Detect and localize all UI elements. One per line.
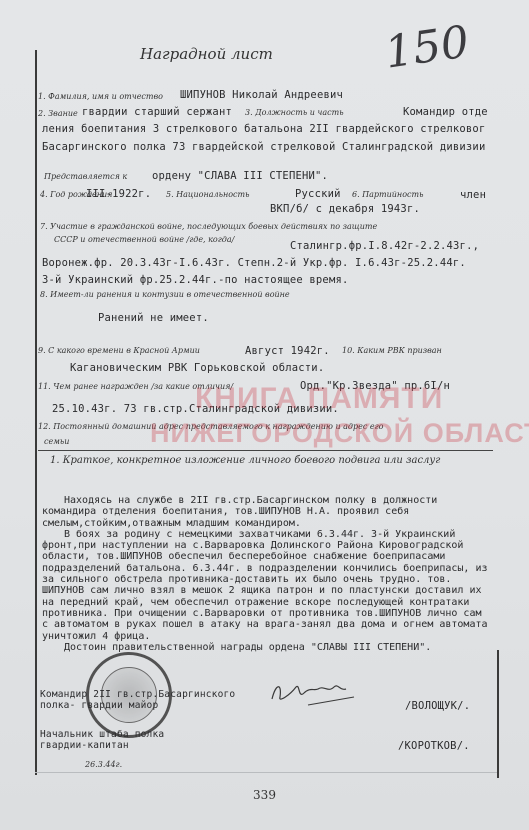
narrative-paragraph-3: Достоин правительственной награды ордена… — [42, 642, 492, 653]
right-margin-rule — [497, 650, 499, 778]
commander-title-line1: Командир 2II гв.стр.Басаргинского — [40, 689, 235, 700]
commander-name: /ВОЛОЩУК/. — [405, 700, 470, 712]
field-7-value-line1: Сталингр.фр.I.8.42г-2.2.43г., — [290, 240, 479, 252]
field-8-value: Ранений не имеет. — [98, 312, 209, 324]
field-6-label: 6. Партийность — [352, 190, 423, 199]
field-3-label: 3. Должность и часть — [245, 108, 344, 117]
field-7-label-line1: 7. Участие в гражданской войне, последую… — [40, 222, 377, 231]
field-6-value-line2: ВКП/б/ с декабря 1943г. — [270, 203, 420, 215]
field-7-value-line3: 3-й Украинский фр.25.2.44г.-по настоящее… — [42, 274, 349, 286]
section-heading: 1. Краткое, конкретное изложение личного… — [50, 455, 440, 466]
field-10-label: 10. Каким РВК призван — [342, 346, 442, 355]
section-divider — [38, 450, 493, 451]
commander-signature-icon — [268, 677, 358, 707]
archive-number: 150 — [382, 16, 472, 78]
field-6-value-line1: член — [460, 189, 486, 201]
field-12-label-line2: семьи — [44, 437, 69, 446]
narrative-paragraph-2: В боях за родину с немецкими захватчикам… — [42, 529, 492, 642]
watermark-line1: КНИГА ПАМЯТИ — [195, 382, 443, 416]
field-2-label: 2. Звание — [38, 109, 78, 118]
chief-title-line2: гвардии-капитан — [40, 740, 129, 751]
commander-title-line2: полка- гвардии майор — [40, 700, 158, 711]
bottom-rule — [35, 772, 497, 773]
field-3-value-line3: Басаргинского полка 73 гвардейской стрел… — [42, 141, 485, 153]
chief-title-line1: Начальник штаба полка — [40, 729, 164, 740]
field-2-value: гвардии старший сержант — [82, 106, 232, 118]
signature-date: 26.3.44г. — [85, 760, 122, 769]
field-1-value: ШИПУНОВ Николай Андреевич — [180, 89, 343, 101]
field-1-label: 1. Фамилия, имя и отчество — [38, 92, 163, 101]
field-5-label: 5. Национальность — [166, 190, 249, 199]
narrative-paragraph-1: Находясь на службе в 2II гв.стр.Басаргин… — [42, 495, 492, 529]
document-page: Наградной лист 150 1. Фамилия, имя и отч… — [0, 0, 529, 830]
watermark-line2: НИЖЕГОРОДСКОЙ ОБЛАСТИ — [150, 418, 529, 449]
field-5-value: Русский — [295, 188, 341, 200]
field-8-label: 8. Имеет-ли ранения и контузии в отечест… — [40, 290, 290, 299]
chief-name: /КОРОТКОВ/. — [398, 740, 470, 752]
field-4-label: Представляется к — [44, 172, 127, 181]
field-7-value-line2: Воронеж.фр. 20.3.43г-I.6.43г. Степн.2-й … — [42, 257, 466, 269]
field-10-value: Кагановическим РВК Горьковской области. — [70, 362, 324, 374]
left-margin-rule — [35, 50, 37, 775]
field-3-value-line1: Командир отде — [403, 106, 488, 118]
field-4-value: ордену "СЛАВА III СТЕПЕНИ". — [152, 170, 328, 182]
field-9-value: Август 1942г. — [245, 345, 330, 357]
field-9-label: 9. С какого времени в Красной Армии — [38, 346, 200, 355]
narrative-text: Находясь на службе в 2II гв.стр.Басаргин… — [42, 495, 492, 653]
field-birth-value: III-1922г. — [86, 188, 151, 200]
page-number: 339 — [0, 788, 529, 802]
field-3-value-line2: ления боепитания 3 стрелкового батальона… — [42, 123, 485, 135]
field-7-label-line2: СССР и отечественной войне /где, когда/ — [54, 235, 234, 244]
document-title: Наградной лист — [140, 45, 273, 63]
